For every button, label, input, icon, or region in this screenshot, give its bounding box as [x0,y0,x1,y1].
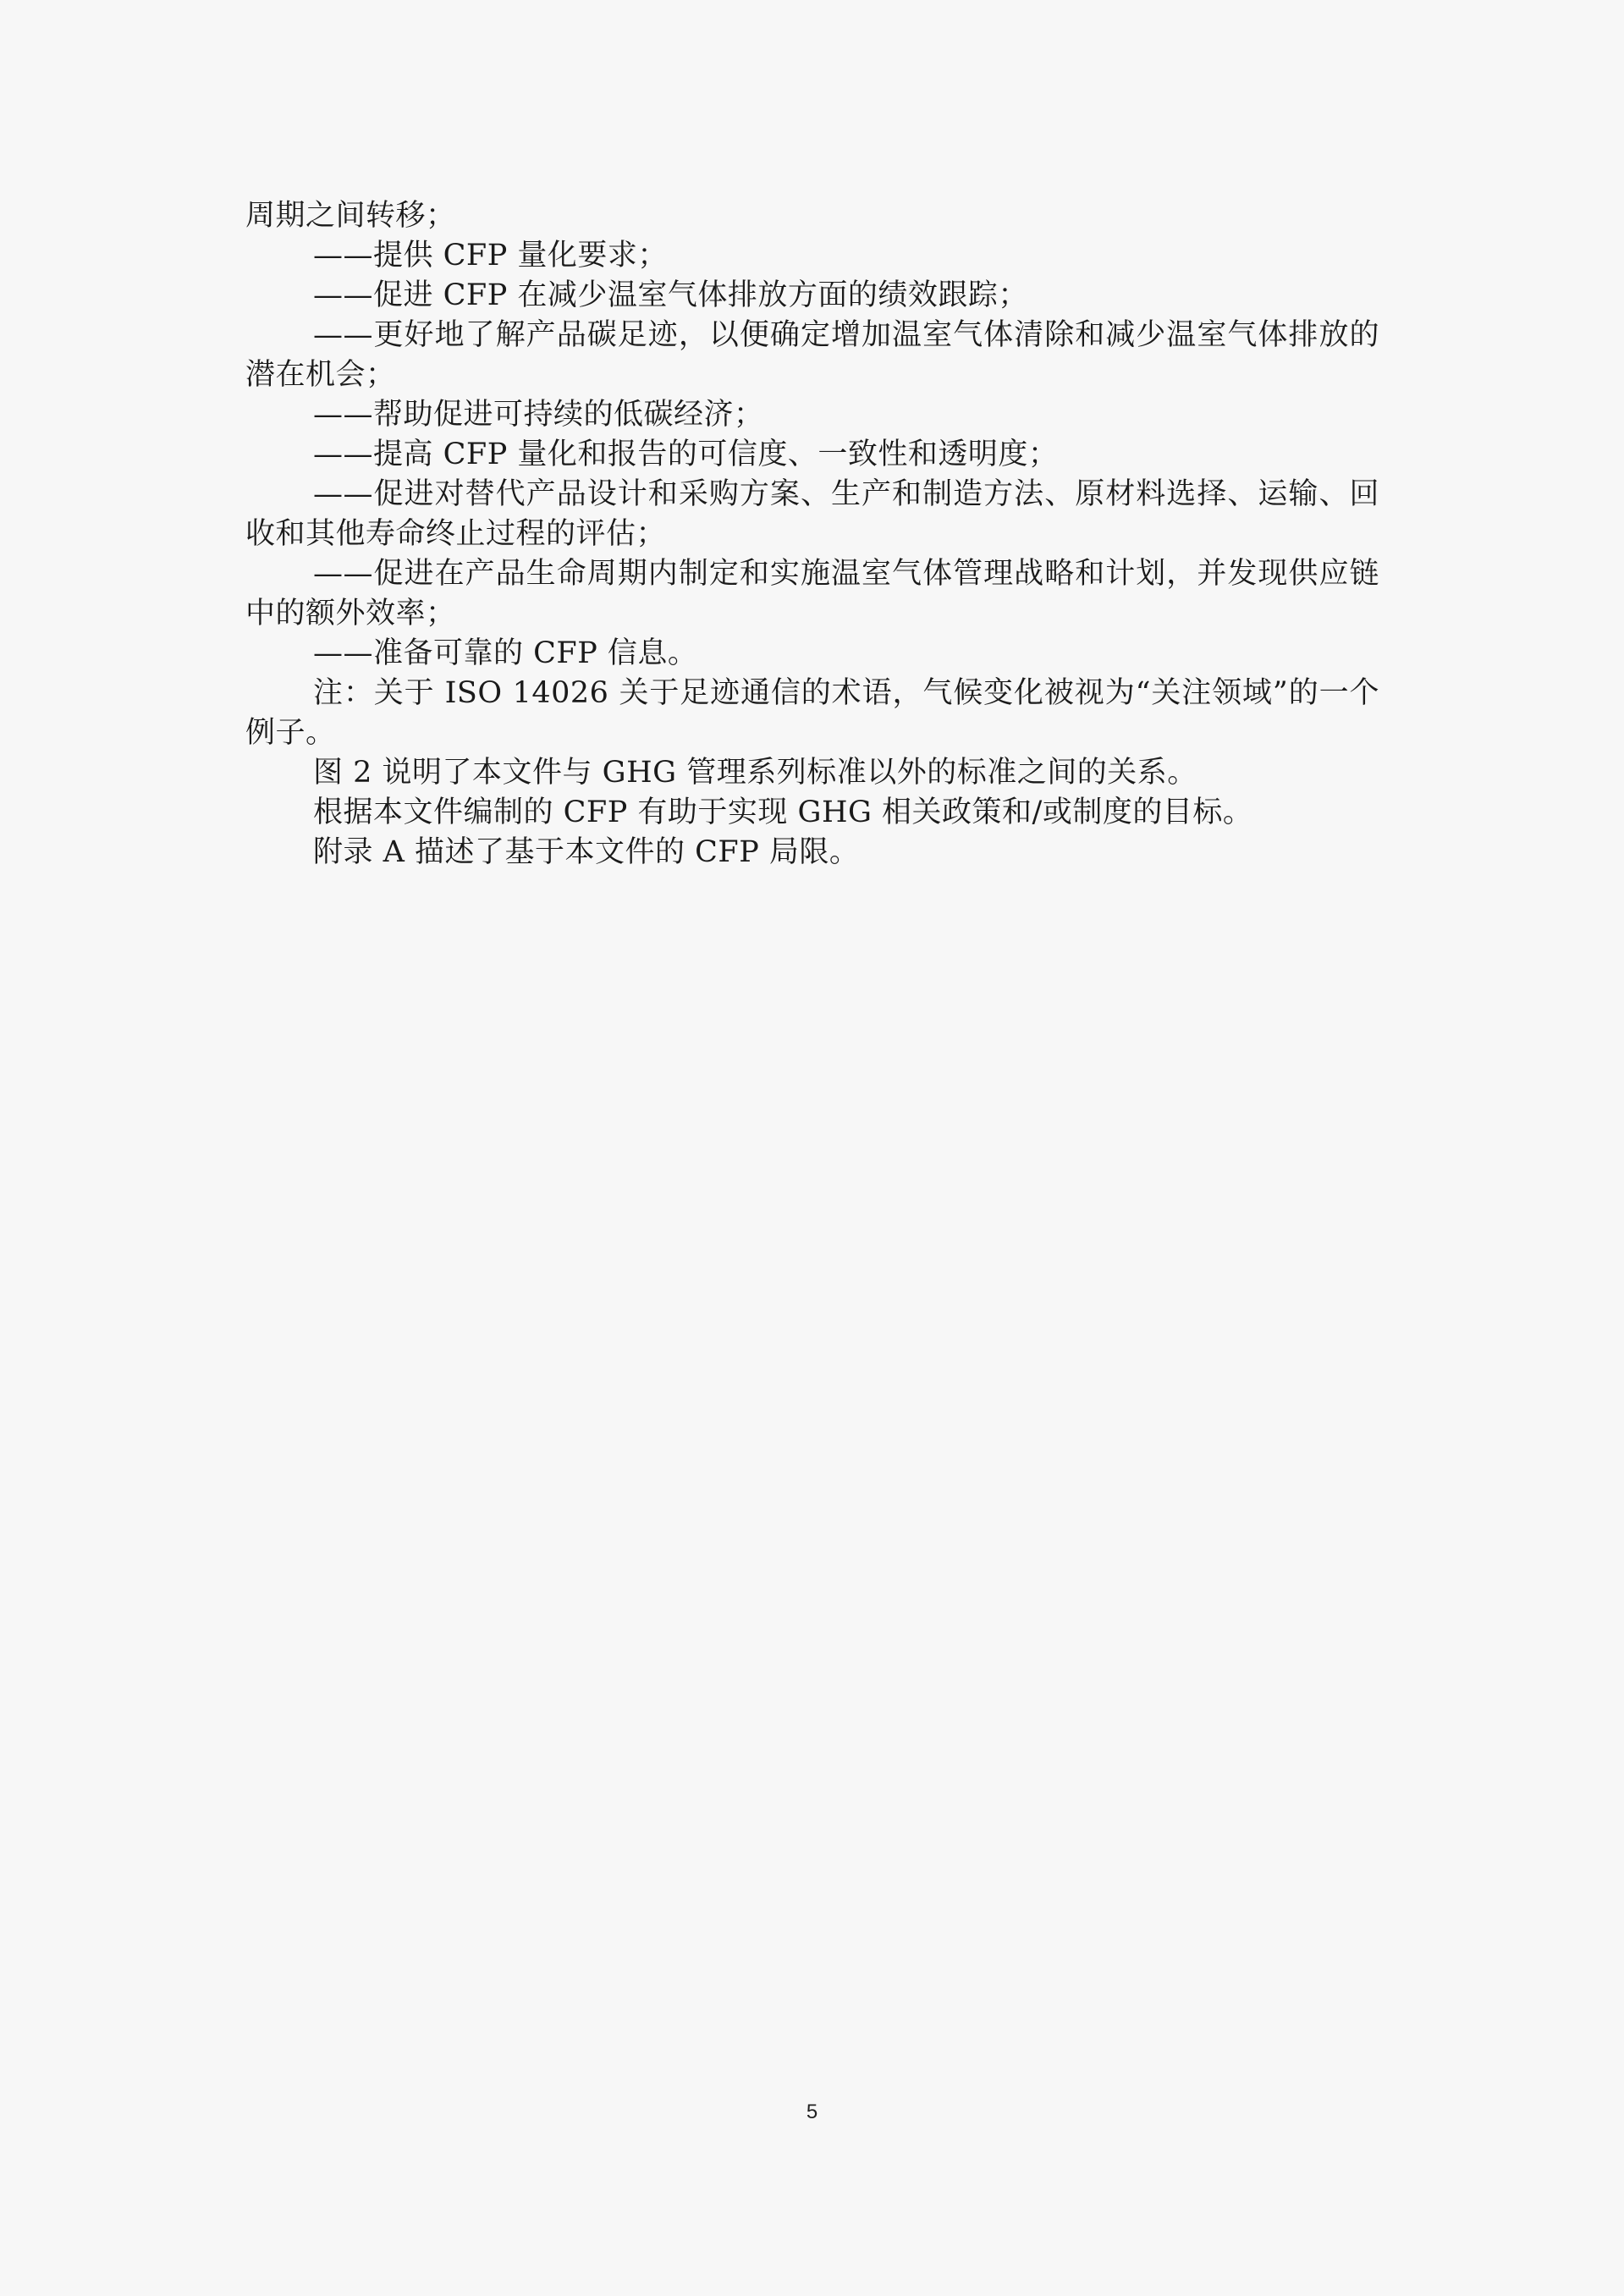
list-item-ghg-management-strategy: ——促进在产品生命周期内制定和实施温室气体管理战略和计划，并发现供应链中的额外效… [245,554,1379,634]
note-paragraph: 注：关于 ISO 14026 关于足迹通信的术语，气候变化被视为“关注领域”的一… [245,674,1379,753]
list-item-alternatives-evaluation: ——促进对替代产品设计和采购方案、生产和制造方法、原材料选择、运输、回收和其他寿… [245,475,1379,554]
policy-paragraph: 根据本文件编制的 CFP 有助于实现 GHG 相关政策和/或制度的目标。 [245,793,1379,833]
list-item-credibility: ——提高 CFP 量化和报告的可信度、一致性和透明度； [245,435,1379,475]
paragraph-continuation: 周期之间转移； [245,196,1379,236]
list-item-performance-tracking: ——促进 CFP 在减少温室气体排放方面的绩效跟踪； [245,276,1379,316]
annex-reference-paragraph: 附录 A 描述了基于本文件的 CFP 局限。 [245,833,1379,873]
page-number: 5 [0,2101,1624,2124]
list-item-quantification-requirements: ——提供 CFP 量化要求； [245,236,1379,276]
list-item-understanding-footprint: ——更好地了解产品碳足迹，以便确定增加温室气体清除和减少温室气体排放的潜在机会； [245,316,1379,395]
list-item-reliable-information: ——准备可靠的 CFP 信息。 [245,634,1379,674]
document-page: 周期之间转移； ——提供 CFP 量化要求； ——促进 CFP 在减少温室气体排… [0,0,1624,2296]
figure-reference-paragraph: 图 2 说明了本文件与 GHG 管理系列标准以外的标准之间的关系。 [245,753,1379,793]
list-item-low-carbon-economy: ——帮助促进可持续的低碳经济； [245,395,1379,435]
body-text: 周期之间转移； ——提供 CFP 量化要求； ——促进 CFP 在减少温室气体排… [245,196,1379,873]
